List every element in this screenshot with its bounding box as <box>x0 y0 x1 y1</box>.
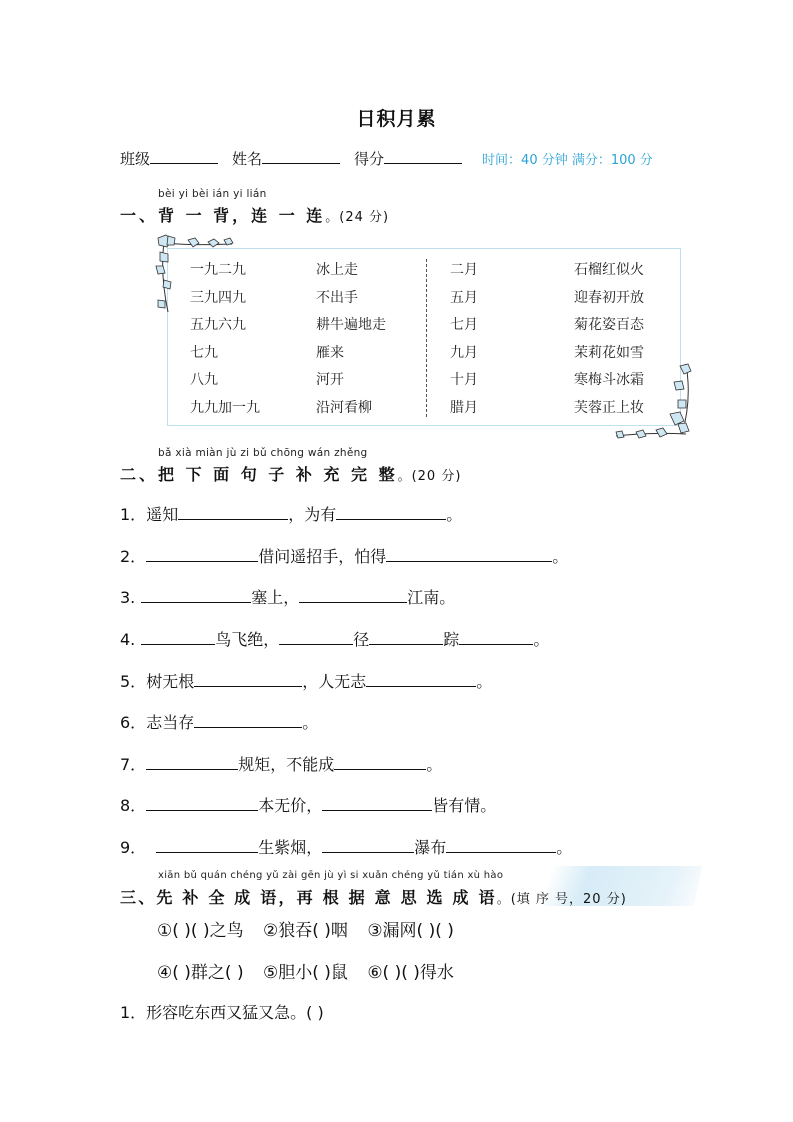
match-item[interactable]: 菊花姿百态 <box>574 312 644 340</box>
answer-blank[interactable] <box>141 586 251 603</box>
time-score-info: 时间：40 分钟 满分：100 分 <box>482 149 653 168</box>
question-text: 。 <box>556 835 572 858</box>
answer-blank[interactable] <box>386 545 552 562</box>
answer-blank[interactable] <box>156 836 258 853</box>
question-number: 5． <box>120 669 146 692</box>
question-6: 6． 志当存 。 <box>120 710 318 733</box>
question-text: 鸟飞绝， <box>215 627 279 650</box>
question-text: 规矩，不能成 <box>238 752 334 775</box>
match-item[interactable]: 七九 <box>190 340 260 368</box>
section3-heading-text: 三、先 补 全 成 语，再 根 据 意 思 选 成 语 <box>120 888 497 907</box>
question-2: 2． 借问遥招手，怕得 。 <box>120 544 568 567</box>
answer-blank[interactable] <box>146 545 258 562</box>
answer-blank[interactable] <box>279 628 353 645</box>
section3-pinyin: xiān bǔ quán chéng yǔ zài gēn jù yì si x… <box>158 870 503 881</box>
question-9: 9． 生紫烟， 瀑布 。 <box>120 835 572 858</box>
student-info-row: 班级 姓名 得分 时间：40 分钟 满分：100 分 <box>120 148 653 169</box>
match-item[interactable]: 腊月 <box>450 395 478 423</box>
name-input-blank[interactable] <box>262 149 340 164</box>
class-input-blank[interactable] <box>150 149 218 164</box>
question-7: 7． 规矩，不能成 。 <box>120 752 442 775</box>
answer-blank[interactable] <box>146 753 238 770</box>
answer-blank[interactable] <box>299 586 407 603</box>
answer-blank[interactable] <box>194 670 302 687</box>
idiom-4[interactable]: ④( )群之( ) <box>157 963 244 983</box>
column-phenomena: 冰上走 不出手 耕牛遍地走 雁来 河开 沿河看柳 <box>316 257 386 423</box>
question-text: 江南。 <box>407 585 455 608</box>
question-text: 。 <box>533 627 549 650</box>
question-text: 。 <box>446 502 462 525</box>
question-text: 遥知 <box>146 502 178 525</box>
question-number: 9． <box>120 835 146 858</box>
question-3: 3. 塞上， 江南。 <box>120 585 455 608</box>
section1-heading: 一、背 一 背，连 一 连。(24 分) <box>120 203 389 226</box>
match-item[interactable]: 不出手 <box>316 285 386 313</box>
question-text: 皆有情。 <box>432 793 496 816</box>
match-item[interactable]: 迎春初开放 <box>574 285 644 313</box>
question-text: 。 <box>552 544 568 567</box>
name-field: 姓名 <box>232 148 340 169</box>
name-label: 姓名 <box>232 148 262 169</box>
question-number: 3. <box>120 588 135 607</box>
match-item[interactable]: 八九 <box>190 367 260 395</box>
question-text: 生紫烟， <box>258 835 322 858</box>
dashed-divider <box>426 259 427 417</box>
question-number: 6． <box>120 710 146 733</box>
question-text: 。 <box>302 710 318 733</box>
match-item[interactable]: 五月 <box>450 285 478 313</box>
match-item[interactable]: 十月 <box>450 367 478 395</box>
answer-blank[interactable] <box>459 628 533 645</box>
answer-blank[interactable] <box>322 794 432 811</box>
matching-box: 一九二九 三九四九 五九六九 七九 八九 九九加一九 冰上走 不出手 耕牛遍地走… <box>167 248 681 426</box>
section1-heading-text: 一、背 一 背，连 一 连 <box>120 206 325 225</box>
answer-blank[interactable] <box>446 836 556 853</box>
idiom-5[interactable]: ⑤胆小( )鼠 <box>263 963 348 983</box>
match-item[interactable]: 九九加一九 <box>190 395 260 423</box>
question-text: 树无根 <box>146 669 194 692</box>
match-item[interactable]: 石榴红似火 <box>574 257 644 285</box>
idiom-2[interactable]: ②狼吞( )咽 <box>263 921 348 941</box>
answer-blank[interactable] <box>141 628 215 645</box>
match-item[interactable]: 冰上走 <box>316 257 386 285</box>
score-field: 得分 <box>354 148 462 169</box>
section2-heading-text: 二、把 下 面 句 子 补 充 完 整 <box>120 465 398 484</box>
section3-score: 。(填 序 号，20 分) <box>497 892 627 907</box>
question-text: 本无价， <box>258 793 322 816</box>
section2-pinyin: bǎ xià miàn jù zi bǔ chōng wán zhěng <box>158 447 368 459</box>
match-item[interactable]: 七月 <box>450 312 478 340</box>
match-item[interactable]: 沿河看柳 <box>316 395 386 423</box>
section3-heading: 三、先 补 全 成 语，再 根 据 意 思 选 成 语。(填 序 号，20 分) <box>120 885 627 908</box>
section3-question-1: 1．形容吃东西又猛又急。( ) <box>120 1000 324 1023</box>
question-number: 4. <box>120 630 135 649</box>
match-item[interactable]: 二月 <box>450 257 478 285</box>
question-text: 塞上， <box>251 585 299 608</box>
answer-blank[interactable] <box>322 836 414 853</box>
question-number: 7． <box>120 752 146 775</box>
answer-blank[interactable] <box>366 670 476 687</box>
answer-blank[interactable] <box>146 794 258 811</box>
idioms-row-2: ④( )群之( ) ⑤胆小( )鼠 ⑥( )( )得水 <box>157 958 468 983</box>
question-1: 1． 遥知 ，为有 。 <box>120 502 462 525</box>
question-number: 1． <box>120 502 146 525</box>
class-field: 班级 <box>120 148 218 169</box>
question-8: 8． 本无价， 皆有情。 <box>120 793 496 816</box>
vine-decoration-icon <box>612 360 697 445</box>
question-text: ，为有 <box>288 502 336 525</box>
vine-decoration-icon <box>152 234 242 319</box>
question-text: 志当存 <box>146 710 194 733</box>
answer-blank[interactable] <box>336 503 446 520</box>
class-label: 班级 <box>120 148 150 169</box>
question-text: 径 <box>353 627 369 650</box>
question-text: 。 <box>426 752 442 775</box>
question-text: 借问遥招手，怕得 <box>258 544 386 567</box>
section1-score: 。(24 分) <box>325 210 389 225</box>
match-item[interactable]: 雁来 <box>316 340 386 368</box>
idiom-6[interactable]: ⑥( )( )得水 <box>367 963 454 983</box>
question-text: 踪 <box>443 627 459 650</box>
answer-blank[interactable] <box>369 628 443 645</box>
match-item[interactable]: 耕牛遍地走 <box>316 312 386 340</box>
idioms-row-1: ①( )( )之鸟 ②狼吞( )咽 ③漏网( )( ) <box>157 916 468 941</box>
score-input-blank[interactable] <box>384 149 462 164</box>
question-text[interactable]: 1．形容吃东西又猛又急。( ) <box>120 1000 324 1023</box>
question-5: 5． 树无根 ，人无志 。 <box>120 669 492 692</box>
question-text: 。 <box>476 669 492 692</box>
match-item[interactable]: 九月 <box>450 340 478 368</box>
section2-heading: 二、把 下 面 句 子 补 充 完 整。(20 分) <box>120 462 461 485</box>
question-number: 2． <box>120 544 146 567</box>
question-number: 8． <box>120 793 146 816</box>
idiom-3[interactable]: ③漏网( )( ) <box>367 921 454 941</box>
answer-blank[interactable] <box>178 503 288 520</box>
question-text: 瀑布 <box>414 835 446 858</box>
answer-blank[interactable] <box>334 753 426 770</box>
section2-score: 。(20 分) <box>398 469 462 484</box>
match-item[interactable]: 河开 <box>316 367 386 395</box>
score-label: 得分 <box>354 148 384 169</box>
column-months: 二月 五月 七月 九月 十月 腊月 <box>450 257 478 423</box>
page-title: 日积月累 <box>0 104 793 131</box>
question-text: ，人无志 <box>302 669 366 692</box>
section1-pinyin: bèi yi bèi ián yi lián <box>158 188 267 200</box>
answer-blank[interactable] <box>194 711 302 728</box>
question-4: 4. 鸟飞绝， 径 踪 。 <box>120 627 549 650</box>
idiom-1[interactable]: ①( )( )之鸟 <box>157 921 244 941</box>
